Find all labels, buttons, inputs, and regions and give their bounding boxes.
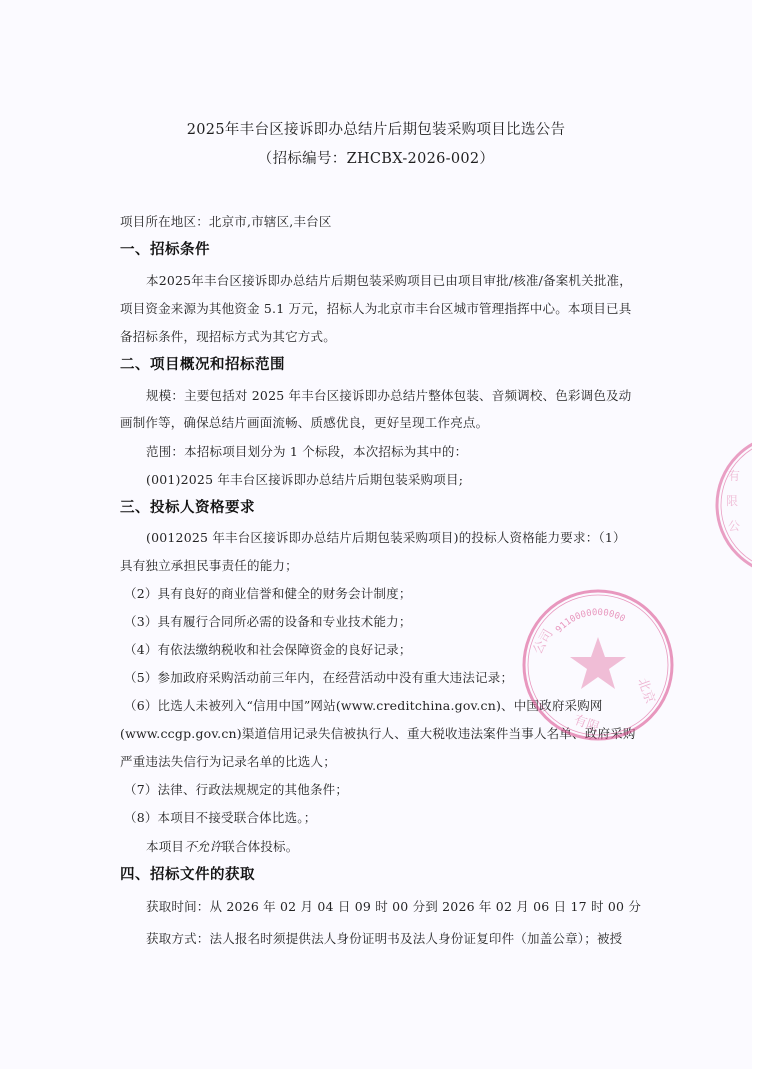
consortium-note: 本项目不允许联合体投标。	[146, 837, 298, 855]
section-1-line-1: 本2025年丰台区接诉即办总结片后期包装采购项目已由项目审批/核准/备案机关批准…	[146, 271, 632, 289]
svg-text:有: 有	[728, 469, 740, 483]
company-seal-icon: 9110000000000 公司 北京 有限	[518, 585, 678, 745]
section-heading-4: 四、招标文件的获取	[120, 863, 255, 884]
svg-text:公: 公	[728, 519, 740, 533]
requirement-3: （3）具有履行合同所必需的设备和专业技术能力；	[124, 612, 412, 630]
section-heading-2: 二、项目概况和招标范围	[120, 353, 285, 374]
document-title: 2025年丰台区接诉即办总结片后期包装采购项目比选公告	[0, 118, 752, 139]
section-3-line-1: (0012025 年丰台区接诉即办总结片后期包装采购项目)的投标人资格能力要求：…	[146, 528, 626, 546]
section-2-line-1: 规模：主要包括对 2025 年丰台区接诉即办总结片整体包装、音频调校、色彩调色及…	[146, 386, 631, 404]
document-page: 2025年丰台区接诉即办总结片后期包装采购项目比选公告 （招标编号：ZHCBX-…	[0, 0, 752, 1069]
requirement-8: （8）本项目不接受联合体比选。；	[124, 808, 316, 826]
section-2-line-3: 范围：本招标项目划分为 1 个标段，本次招标为其中的：	[146, 442, 467, 460]
requirement-5: （5）参加政府采购活动前三年内，在经营活动中没有重大违法记录；	[124, 668, 513, 686]
svg-text:限: 限	[726, 494, 738, 508]
edge-seal-icon: 有 限 公	[712, 430, 752, 580]
requirement-7: （7）法律、行政法规规定的其他条件；	[124, 780, 348, 798]
consortium-note-emphasis: 不允许	[184, 839, 222, 854]
consortium-note-prefix: 本项目	[146, 839, 184, 854]
requirement-4: （4）有依法缴纳税收和社会保障资金的良好记录；	[124, 640, 412, 658]
section-heading-1: 一、招标条件	[120, 238, 210, 259]
project-location: 项目所在地区：北京市,市辖区,丰台区	[120, 212, 332, 230]
section-2-line-2: 画制作等，确保总结片画面流畅、质感优良，更好呈现工作亮点。	[120, 413, 488, 431]
svg-text:9110000000000: 9110000000000	[554, 608, 626, 635]
section-1-line-2: 项目资金来源为其他资金 5.1 万元，招标人为北京市丰台区城市管理指挥中心。本项…	[120, 299, 631, 317]
section-3-line-2: 具有独立承担民事责任的能力；	[120, 556, 298, 574]
consortium-note-suffix: 联合体投标。	[222, 839, 298, 854]
acquisition-time: 获取时间：从 2026 年 02 月 04 日 09 时 00 分到 2026 …	[146, 897, 641, 915]
section-2-line-4: (001)2025 年丰台区接诉即办总结片后期包装采购项目;	[146, 470, 463, 488]
tender-number: （招标编号：ZHCBX-2026-002）	[0, 147, 752, 168]
svg-text:公司: 公司	[530, 627, 556, 657]
svg-text:北京: 北京	[634, 676, 658, 706]
requirement-6-cont-2: 严重违法失信行为记录名单的比选人；	[120, 752, 336, 770]
section-heading-3: 三、投标人资格要求	[120, 496, 255, 517]
requirement-6-cont-1: (www.ccgp.gov.cn)渠道信用记录失信被执行人、重大税收违法案件当事…	[120, 724, 636, 742]
requirement-2: （2）具有良好的商业信誉和健全的财务会计制度；	[124, 584, 412, 602]
acquisition-method: 获取方式：法人报名时须提供法人身份证明书及法人身份证复印件（加盖公章）；被授	[146, 929, 622, 947]
requirement-6: （6）比选人未被列入“信用中国”网站(www.creditchina.gov.c…	[124, 696, 603, 714]
section-1-line-3: 备招标条件，现招标方式为其它方式。	[120, 327, 336, 345]
